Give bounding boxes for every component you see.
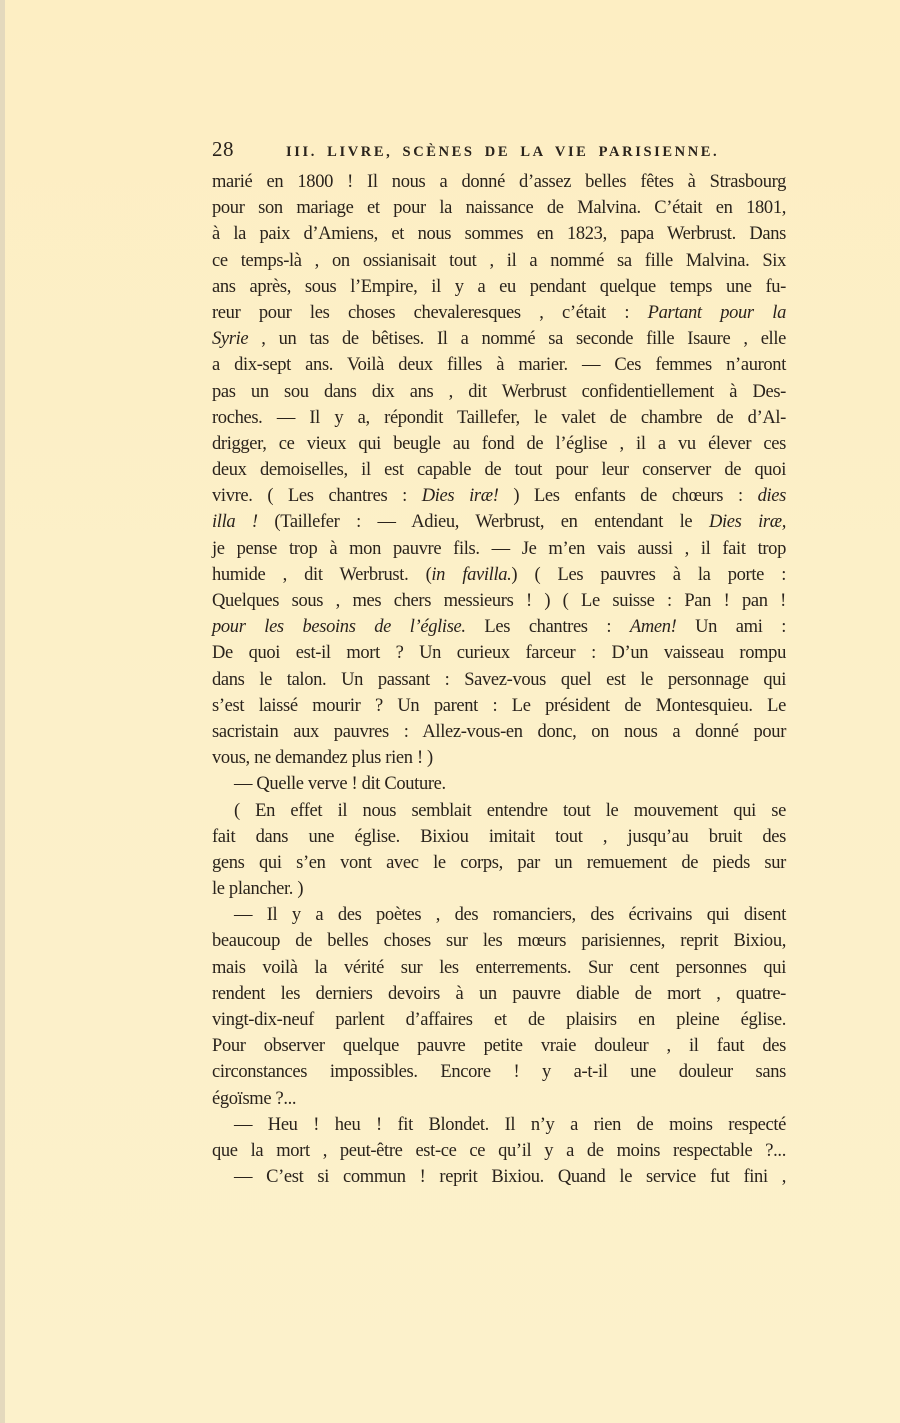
italic-text: Dies iræ,: [709, 512, 786, 532]
text-line: drigger, ce vieux qui beugle au fond de …: [212, 431, 786, 457]
text-segment: Quelques sous , mes chers messieurs ! ) …: [212, 591, 786, 611]
text-segment: fait dans une église. Bixiou imitait tou…: [212, 827, 786, 847]
text-segment: ) ( Les pauvres à la porte :: [511, 565, 786, 585]
text-segment: marié en 1800 ! Il nous a donné d’assez …: [212, 172, 786, 192]
text-segment: circonstances impossibles. Encore ! y a-…: [212, 1062, 786, 1082]
text-segment: ( En effet il nous semblait entendre tou…: [234, 801, 786, 821]
text-line: illa ! (Taillefer : — Adieu, Werbrust, e…: [212, 509, 786, 535]
text-line: marié en 1800 ! Il nous a donné d’assez …: [212, 169, 786, 195]
text-segment: De quoi est-il mort ? Un curieux farceur…: [212, 643, 786, 663]
text-segment: vingt-dix-neuf parlent d’affaires et de …: [212, 1010, 786, 1030]
text-line: a dix-sept ans. Voilà deux filles à mari…: [212, 352, 786, 378]
text-line: le plancher. ): [212, 876, 786, 902]
text-line: humide , dit Werbrust. (in favilla.) ( L…: [212, 562, 786, 588]
text-line: je pense trop à mon pauvre fils. — Je m’…: [212, 536, 786, 562]
text-line: ans après, sous l’Empire, il y a eu pend…: [212, 274, 786, 300]
text-line: beaucoup de belles choses sur les mœurs …: [212, 928, 786, 954]
text-segment: Pour observer quelque pauvre petite vrai…: [212, 1036, 786, 1056]
text-line: pas un sou dans dix ans , dit Werbrust c…: [212, 379, 786, 405]
text-line: De quoi est-il mort ? Un curieux farceur…: [212, 640, 786, 666]
text-line: Quelques sous , mes chers messieurs ! ) …: [212, 588, 786, 614]
text-segment: — C’est si commun ! reprit Bixiou. Quand…: [234, 1167, 786, 1187]
text-segment: Les chantres :: [466, 617, 630, 637]
text-segment: égoïsme ?...: [212, 1089, 296, 1109]
text-segment: mais voilà la vérité sur les enterrement…: [212, 958, 786, 978]
text-line: ce temps-là , on ossianisait tout , il a…: [212, 248, 786, 274]
text-segment: — Il y a des poètes , des romanciers, de…: [234, 905, 786, 925]
text-line: égoïsme ?...: [212, 1086, 786, 1112]
text-segment: beaucoup de belles choses sur les mœurs …: [212, 931, 786, 951]
text-segment: , un tas de bêtises. Il a nommé sa secon…: [248, 329, 786, 349]
text-segment: pour son mariage et pour la naissance de…: [212, 198, 786, 218]
text-segment: drigger, ce vieux qui beugle au fond de …: [212, 434, 786, 454]
text-line: roches. — Il y a, répondit Taillefer, le…: [212, 405, 786, 431]
running-title: III. LIVRE, SCÈNES DE LA VIE PARISIENNE.: [286, 144, 719, 161]
text-segment: que la mort , peut-être est-ce ce qu’il …: [212, 1141, 786, 1161]
text-segment: s’est laissé mourir ? Un parent : Le pré…: [212, 696, 786, 716]
text-line: mais voilà la vérité sur les enterrement…: [212, 955, 786, 981]
text-line: pour son mariage et pour la naissance de…: [212, 195, 786, 221]
text-segment: a dix-sept ans. Voilà deux filles à mari…: [212, 355, 786, 375]
text-line: — Il y a des poètes , des romanciers, de…: [212, 902, 786, 928]
text-line: sacristain aux pauvres : Allez-vous-en d…: [212, 719, 786, 745]
text-segment: pas un sou dans dix ans , dit Werbrust c…: [212, 382, 786, 402]
text-segment: sacristain aux pauvres : Allez-vous-en d…: [212, 722, 786, 742]
body-text: marié en 1800 ! Il nous a donné d’assez …: [212, 169, 786, 1190]
text-line: deux demoiselles, il est capable de tout…: [212, 457, 786, 483]
italic-text: illa !: [212, 512, 258, 532]
text-segment: — Quelle verve ! dit Couture.: [234, 774, 446, 794]
text-line: rendent les derniers devoirs à un pauvre…: [212, 981, 786, 1007]
text-line: vivre. ( Les chantres : Dies iræ! ) Les …: [212, 483, 786, 509]
text-line: pour les besoins de l’église. Les chantr…: [212, 614, 786, 640]
italic-text: Syrie: [212, 329, 248, 349]
text-segment: rendent les derniers devoirs à un pauvre…: [212, 984, 786, 1004]
text-line: — Heu ! heu ! fit Blondet. Il n’y a rien…: [212, 1112, 786, 1138]
text-segment: (Taillefer : — Adieu, Werbrust, en enten…: [258, 512, 709, 532]
book-page: 28 III. LIVRE, SCÈNES DE LA VIE PARISIEN…: [0, 0, 900, 1423]
text-line: vingt-dix-neuf parlent d’affaires et de …: [212, 1007, 786, 1033]
text-segment: humide , dit Werbrust. (: [212, 565, 431, 585]
text-line: Syrie , un tas de bêtises. Il a nommé sa…: [212, 326, 786, 352]
italic-text: Amen!: [630, 617, 677, 637]
text-segment: reur pour les choses chevaleresques , c’…: [212, 303, 648, 323]
text-line: s’est laissé mourir ? Un parent : Le pré…: [212, 693, 786, 719]
page-number: 28: [212, 137, 286, 162]
text-line: dans le talon. Un passant : Savez-vous q…: [212, 667, 786, 693]
text-segment: ce temps-là , on ossianisait tout , il a…: [212, 251, 786, 271]
text-segment: ans après, sous l’Empire, il y a eu pend…: [212, 277, 786, 297]
italic-text: Partant pour la: [648, 303, 786, 323]
running-head: 28 III. LIVRE, SCÈNES DE LA VIE PARISIEN…: [212, 137, 786, 165]
text-line: gens qui s’en vont avec le corps, par un…: [212, 850, 786, 876]
page-edge: [0, 0, 5, 1423]
text-segment: dans le talon. Un passant : Savez-vous q…: [212, 670, 786, 690]
text-segment: vous, ne demandez plus rien ! ): [212, 748, 433, 768]
text-segment: deux demoiselles, il est capable de tout…: [212, 460, 786, 480]
text-line: reur pour les choses chevaleresques , c’…: [212, 300, 786, 326]
italic-text: dies: [758, 486, 786, 506]
text-line: vous, ne demandez plus rien ! ): [212, 745, 786, 771]
italic-text: Dies iræ!: [422, 486, 499, 506]
text-line: — Quelle verve ! dit Couture.: [212, 771, 786, 797]
text-line: — C’est si commun ! reprit Bixiou. Quand…: [212, 1164, 786, 1190]
text-segment: le plancher. ): [212, 879, 303, 899]
text-segment: ) Les enfants de chœurs :: [499, 486, 758, 506]
italic-text: in favilla.: [431, 565, 511, 585]
text-line: à la paix d’Amiens, et nous sommes en 18…: [212, 221, 786, 247]
text-line: ( En effet il nous semblait entendre tou…: [212, 798, 786, 824]
text-line: Pour observer quelque pauvre petite vrai…: [212, 1033, 786, 1059]
text-segment: roches. — Il y a, répondit Taillefer, le…: [212, 408, 786, 428]
text-line: que la mort , peut-être est-ce ce qu’il …: [212, 1138, 786, 1164]
text-line: circonstances impossibles. Encore ! y a-…: [212, 1059, 786, 1085]
text-segment: à la paix d’Amiens, et nous sommes en 18…: [212, 224, 786, 244]
text-segment: — Heu ! heu ! fit Blondet. Il n’y a rien…: [234, 1115, 786, 1135]
italic-text: pour les besoins de l’église.: [212, 617, 466, 637]
text-line: fait dans une église. Bixiou imitait tou…: [212, 824, 786, 850]
text-segment: vivre. ( Les chantres :: [212, 486, 422, 506]
text-segment: gens qui s’en vont avec le corps, par un…: [212, 853, 786, 873]
text-segment: Un ami :: [676, 617, 786, 637]
text-block: 28 III. LIVRE, SCÈNES DE LA VIE PARISIEN…: [212, 137, 786, 1190]
text-segment: je pense trop à mon pauvre fils. — Je m’…: [212, 539, 786, 559]
